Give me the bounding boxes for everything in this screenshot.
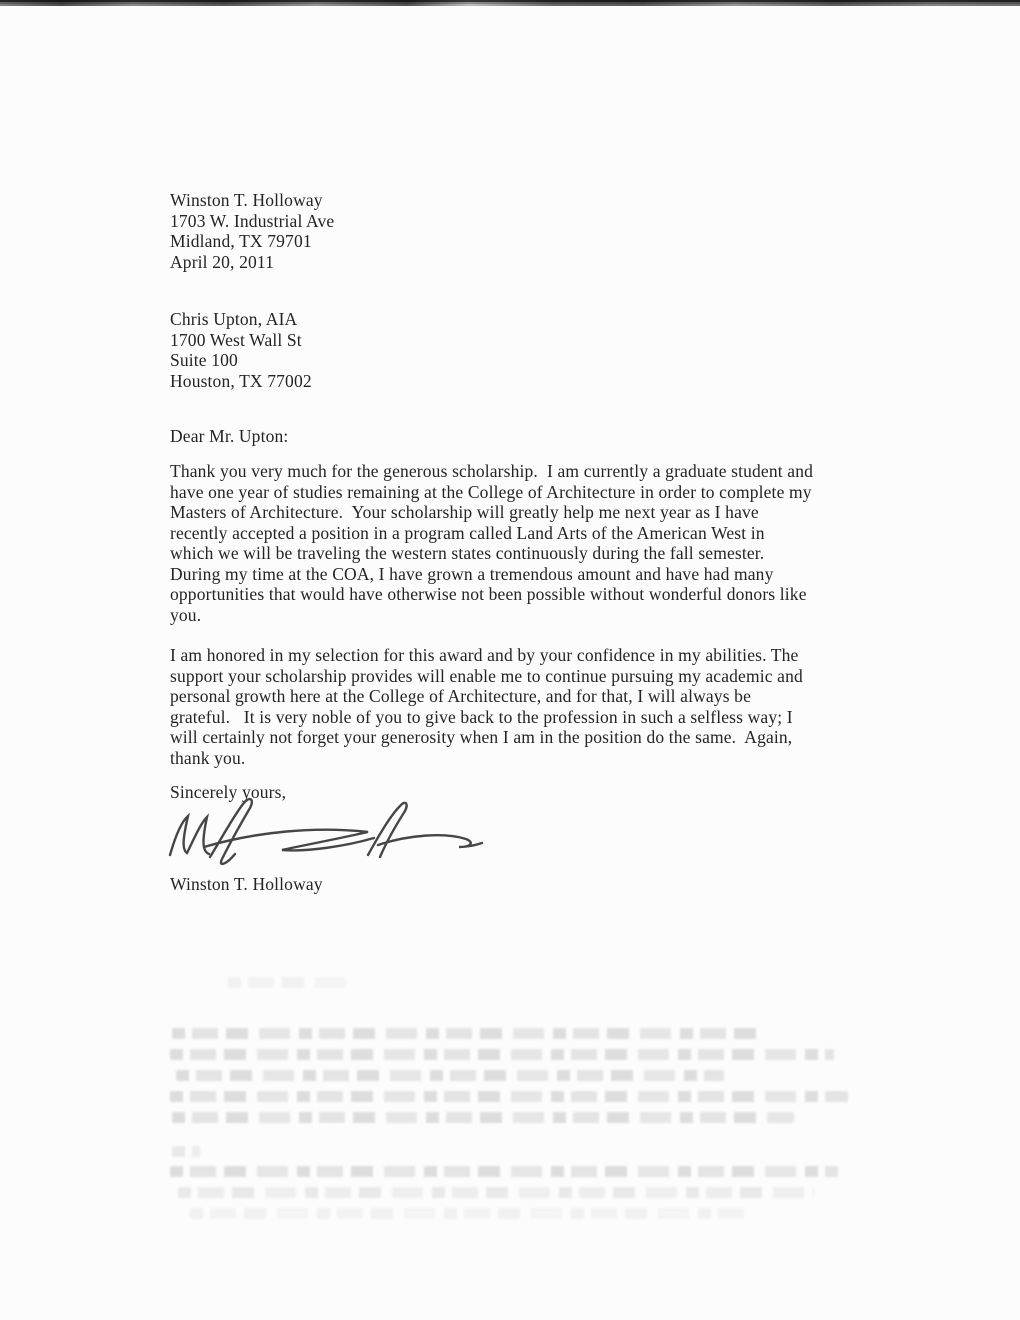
bleedthrough-line	[172, 1146, 200, 1157]
bleedthrough-line	[170, 1091, 848, 1102]
bleedthrough-line	[172, 1028, 760, 1039]
paragraph-line: I am honored in my selection for this aw…	[170, 645, 870, 666]
bleedthrough-smudge	[228, 977, 348, 988]
recipient-street: 1700 West Wall St	[170, 330, 312, 351]
paragraph-line: Thank you very much for the generous sch…	[170, 461, 870, 482]
body-paragraph-1: Thank you very much for the generous sch…	[170, 461, 870, 625]
paragraph-line: grateful. It is very noble of you to giv…	[170, 707, 870, 728]
paragraph-line: recently accepted a position in a progra…	[170, 523, 870, 544]
paragraph-line: During my time at the COA, I have grown …	[170, 564, 870, 585]
salutation: Dear Mr. Upton:	[170, 426, 288, 447]
recipient-address-block: Chris Upton, AIA 1700 West Wall St Suite…	[170, 309, 312, 391]
typed-signature-name: Winston T. Holloway	[170, 874, 323, 895]
letter-date: April 20, 2011	[170, 252, 334, 273]
bleedthrough-line	[170, 1166, 838, 1177]
handwritten-signature-icon	[160, 795, 490, 869]
sender-city: Midland, TX 79701	[170, 231, 334, 252]
paragraph-line: personal growth here at the College of A…	[170, 686, 870, 707]
scan-edge-artifact	[0, 0, 1020, 6]
bleedthrough-line	[190, 1208, 750, 1219]
sender-street: 1703 W. Industrial Ave	[170, 211, 334, 232]
recipient-city: Houston, TX 77002	[170, 371, 312, 392]
body-paragraph-2: I am honored in my selection for this aw…	[170, 645, 870, 768]
bleedthrough-line	[176, 1070, 724, 1081]
paragraph-line: thank you.	[170, 748, 870, 769]
sender-name: Winston T. Holloway	[170, 190, 334, 211]
bleedthrough-line	[172, 1112, 794, 1123]
paragraph-line: have one year of studies remaining at th…	[170, 482, 870, 503]
scanned-letter-page: Winston T. Holloway 1703 W. Industrial A…	[0, 0, 1020, 1320]
recipient-name: Chris Upton, AIA	[170, 309, 312, 330]
paragraph-line: which we will be traveling the western s…	[170, 543, 870, 564]
paragraph-line: will certainly not forget your generosit…	[170, 727, 870, 748]
paragraph-line: Masters of Architecture. Your scholarshi…	[170, 502, 870, 523]
sender-address-block: Winston T. Holloway 1703 W. Industrial A…	[170, 190, 334, 272]
paragraph-line: support your scholarship provides will e…	[170, 666, 870, 687]
bleedthrough-line	[178, 1187, 814, 1198]
paragraph-line: opportunities that would have otherwise …	[170, 584, 870, 605]
bleedthrough-line	[170, 1049, 834, 1060]
paragraph-line: you.	[170, 605, 870, 626]
recipient-suite: Suite 100	[170, 350, 312, 371]
